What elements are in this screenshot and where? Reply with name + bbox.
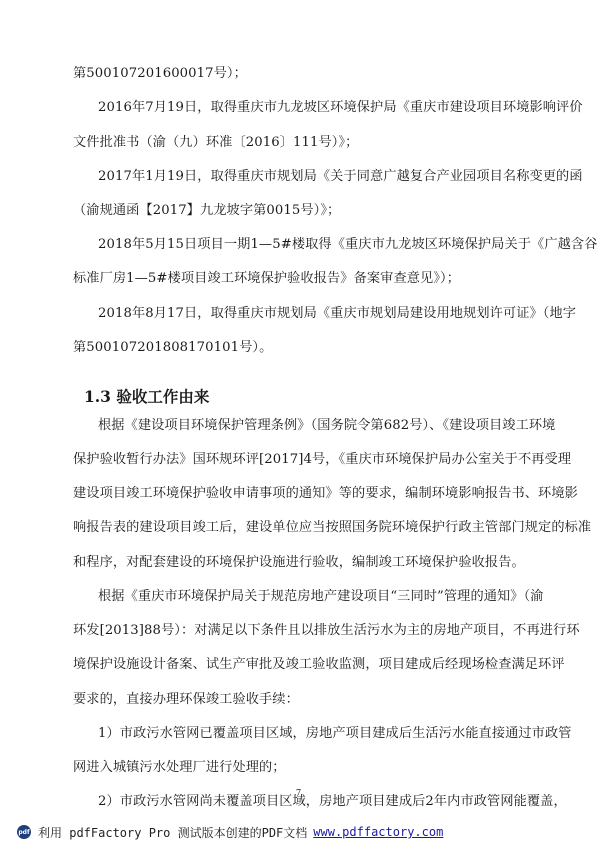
text-line: 根据《建设项目环境保护管理条例》（国务院令第682号）、《建设项目竣工环境: [98, 418, 555, 434]
page-number: 7: [296, 788, 301, 799]
text-line: 2018年8月17日，取得重庆市规划局《重庆市规划局建设用地规划许可证》（地字: [98, 306, 576, 322]
text-line: 要求的，直接办理环保竣工验收手续：: [73, 692, 299, 708]
text-line: 建设项目竣工环境保护验收申请事项的通知》等的要求，编制环境影响报告书、环境影: [73, 486, 578, 502]
text-line: 第500107201600017号）；: [73, 66, 247, 82]
text-line: 2018年5月15日项目一期1—5#楼取得《重庆市九龙坡区环境保护局关于《广越含…: [98, 237, 597, 253]
text-line: 2017年1月19日，取得重庆市规划局《关于同意广越复合产业园项目名称变更的函: [98, 169, 583, 185]
text-line: 根据《重庆市环境保护局关于规范房地产建设项目“三同时”管理的通知》（渝: [98, 589, 544, 605]
text-line: 文件批准书（渝（九）环准〔2016〕111号）》；: [73, 135, 358, 151]
text-line: 2）市政污水管网尚未覆盖项目区域，房地产项目建成后2年内市政管网能覆盖，: [98, 794, 567, 810]
text-line: 境保护设施设计备案、试生产审批及竣工验收监测，项目建成后经现场检查满足环评: [73, 657, 565, 673]
text-line: 第500107201808170101号）。: [73, 340, 272, 356]
pdffactory-footer: pdf 利用 pdfFactory Pro 测试版本创建的PDF文档 www.p…: [17, 823, 443, 841]
pdffactory-link[interactable]: www.pdffactory.com: [313, 825, 443, 839]
text-line: 环发[2013]88号）：对满足以下条件且以排放生活污水为主的房地产项目，不再进…: [73, 623, 580, 639]
pdffactory-logo-icon: pdf: [17, 825, 31, 839]
section-heading: 1.3 验收工作由来: [84, 388, 209, 406]
text-line: 保护验收暂行办法》国环规环评[2017]4号，《重庆市环境保护局办公室关于不再受…: [73, 452, 571, 468]
text-line: 2016年7月19日，取得重庆市九龙坡区环境保护局《重庆市建设项目环境影响评价: [98, 100, 583, 116]
footer-text: 利用 pdfFactory Pro 测试版本创建的PDF文档: [38, 824, 307, 841]
document-page: 第500107201600017号）；2016年7月19日，取得重庆市九龙坡区环…: [0, 0, 600, 849]
text-line: （渝规通函【2017】九龙坡字第0015号）》；: [73, 203, 340, 219]
text-line: 标准厂房1—5#楼项目竣工环境保护验收报告》备案审查意见》）；: [73, 271, 460, 287]
text-line: 响报告表的建设项目竣工后，建设单位应当按照国务院环境保护行政主管部门规定的标准: [73, 520, 591, 536]
text-line: 和程序，对配套建设的环境保护设施进行验收，编制竣工环境保护验收报告。: [73, 555, 525, 571]
text-line: 网进入城镇污水处理厂进行处理的；: [73, 760, 286, 776]
text-line: 1）市政污水管网已覆盖项目区域，房地产项目建成后生活污水能直接通过市政管: [98, 726, 572, 742]
